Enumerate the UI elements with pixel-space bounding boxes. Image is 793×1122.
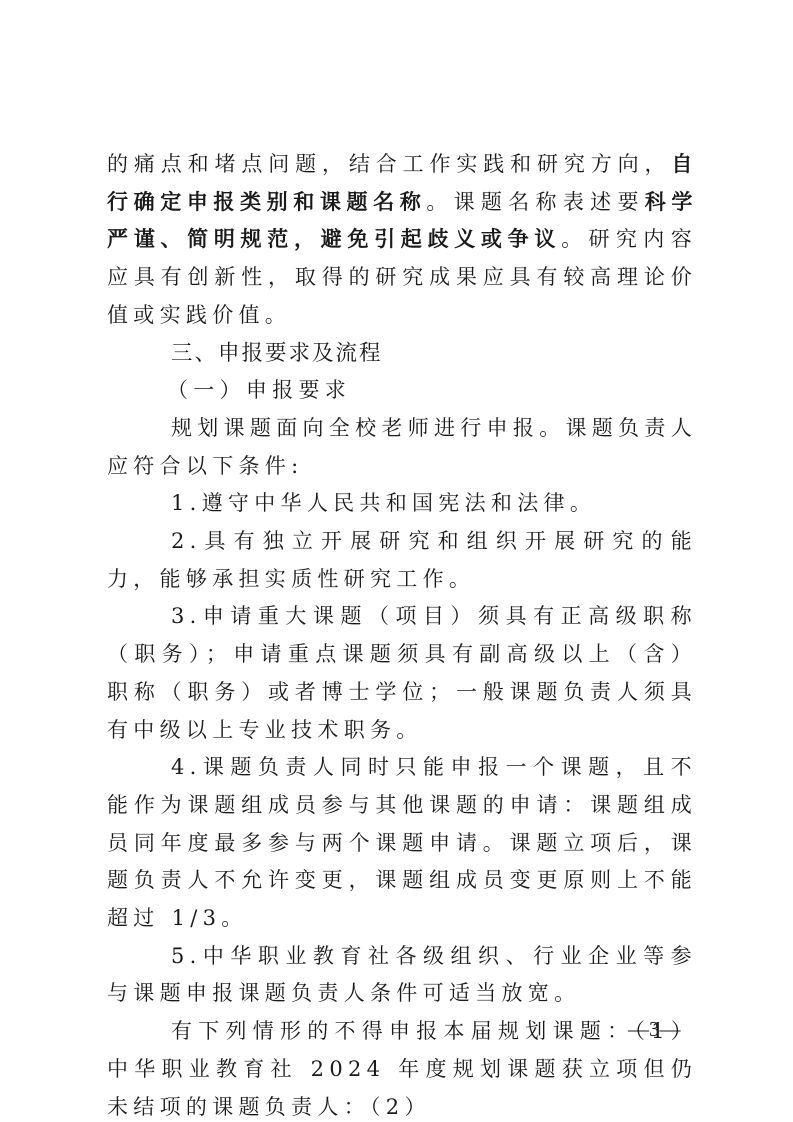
document-body: 的痛点和堵点问题，结合工作实践和研究方向，自行确定申报类别和课题名称。课题名称表… [107, 146, 697, 1122]
subsection-heading: （一）申报要求 [107, 372, 697, 410]
condition-3: 3.申请重大课题（项目）须具有正高级职称（职务）；申请重点课题须具有副高级以上（… [107, 598, 697, 749]
text-run: 的痛点和堵点问题，结合工作实践和研究方向， [107, 152, 671, 176]
condition-5: 5.中华职业教育社各级组织、行业企业等参与课题申报课题负责人条件可适当放宽。 [107, 938, 697, 1013]
section-heading: 三、申报要求及流程 [107, 335, 697, 373]
intro-paragraph: 规划课题面向全校老师进行申报。课题负责人应符合以下条件: [107, 410, 697, 485]
condition-2: 2.具有独立开展研究和组织开展研究的能力，能够承担实质性研究工作。 [107, 523, 697, 598]
document-page: 的痛点和堵点问题，结合工作实践和研究方向，自行确定申报类别和课题名称。课题名称表… [0, 0, 793, 1122]
condition-1: 1.遵守中华人民共和国宪法和法律。 [107, 485, 697, 523]
exclusions-paragraph: 有下列情形的不得申报本届规划课题：（1）中华职业教育社 2024 年度规划课题获… [107, 1013, 697, 1122]
text-run: 。课题名称表述要 [426, 190, 644, 214]
paragraph-research-direction: 的痛点和堵点问题，结合工作实践和研究方向，自行确定申报类别和课题名称。课题名称表… [107, 146, 697, 335]
condition-4: 4.课题负责人同时只能申报一个课题，且不能作为课题组成员参与其他课题的申请：课题… [107, 749, 697, 938]
page-number: —3— [628, 1017, 681, 1042]
